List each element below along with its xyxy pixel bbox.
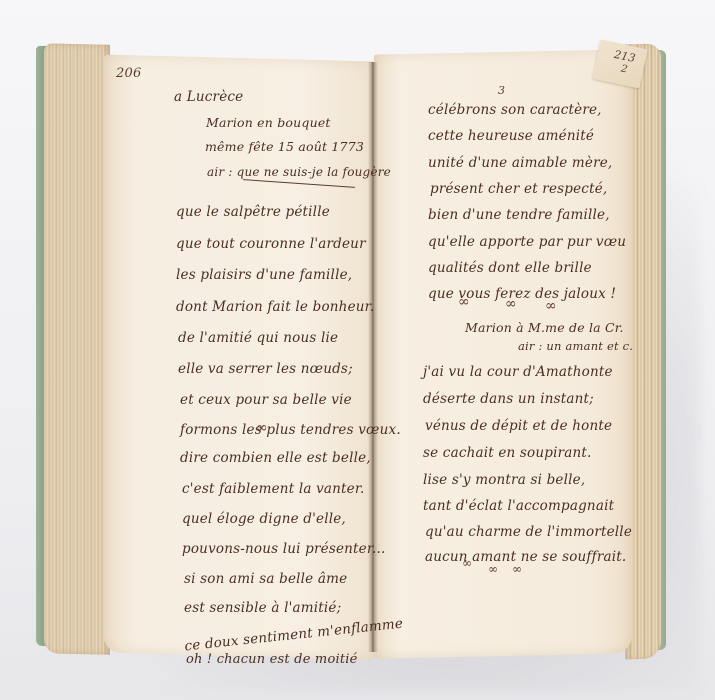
- verse-line: elle va serrer les nœuds;: [178, 361, 353, 377]
- section-heading: Marion à M.me de la Cr.: [465, 320, 624, 335]
- verse-line: vénus de dépit et de honte: [425, 418, 612, 434]
- verse-line: que vous ferez des jaloux !: [428, 286, 616, 302]
- verse-line: j'ai vu la cour d'Amathonte: [423, 364, 613, 380]
- book-spine-gutter: [368, 62, 378, 652]
- verse-line: unité d'une aimable mère,: [428, 155, 612, 171]
- left-heading-line: même fête 15 août 1773: [205, 139, 364, 154]
- verse-line: que tout couronne l'ardeur: [176, 236, 366, 252]
- left-page-number: 206: [116, 66, 141, 81]
- verse-line: présent cher et respecté,: [430, 181, 607, 197]
- flourish-ornament: ∞: [512, 562, 522, 576]
- verse-line: dire combien elle est belle,: [180, 450, 371, 466]
- verse-line: déserte dans un instant;: [423, 391, 594, 407]
- left-heading-line: a Lucrèce: [174, 89, 243, 105]
- verse-line: cette heureuse aménité: [428, 128, 594, 144]
- verse-line: lise s'y montra si belle,: [423, 472, 585, 488]
- left-heading-line: air : que ne suis-je la fougère: [207, 165, 391, 179]
- verse-line: et ceux pour sa belle vie: [180, 392, 352, 408]
- verse-line: dont Marion fait le bonheur.: [176, 299, 374, 315]
- verse-line: c'est faiblement la vanter.: [182, 481, 365, 497]
- flourish-ornament: ∞: [488, 562, 498, 576]
- verse-line: aucun amant ne se souffrait.: [425, 549, 626, 565]
- verse-line: qu'elle apporte par pur vœu: [428, 234, 626, 250]
- flourish-ornament: ∞: [458, 294, 470, 310]
- verse-line: oh ! chacun est de moitié: [186, 652, 358, 667]
- verse-line: célébrons son caractère,: [428, 102, 602, 118]
- verse-line: formons les plus tendres vœux.: [180, 422, 401, 438]
- verse-line: de l'amitié qui nous lie: [178, 330, 338, 346]
- verse-line: se cachait en soupirant.: [423, 445, 592, 461]
- verse-line: tant d'éclat l'accompagnait: [423, 498, 614, 514]
- verse-line: qualités dont elle brille: [428, 260, 592, 276]
- section-heading: air : un amant et c.: [518, 339, 633, 353]
- flourish-ornament: ∞: [545, 298, 557, 314]
- verse-line: est sensible à l'amitié;: [184, 600, 341, 616]
- verse-line: bien d'une tendre famille,: [428, 207, 610, 223]
- flourish-ornament: ∞: [462, 556, 472, 570]
- verse-line: pouvons-nous lui présenter...: [182, 541, 386, 557]
- bleed-through-right: [385, 220, 615, 600]
- verse-line: qu'au charme de l'immortelle: [425, 524, 632, 540]
- right-page-number: 3: [498, 84, 505, 97]
- flourish-ornament: ∞: [256, 420, 268, 436]
- verse-line: les plaisirs d'une famille,: [176, 267, 352, 283]
- verse-line: si son ami sa belle âme: [184, 571, 347, 587]
- verse-line: que le salpêtre pétille: [176, 204, 330, 220]
- verse-line: quel éloge digne d'elle,: [182, 511, 346, 527]
- left-heading-line: Marion en bouquet: [206, 115, 331, 130]
- page-edges-left: [44, 43, 110, 654]
- flourish-ornament: ∞: [505, 296, 517, 312]
